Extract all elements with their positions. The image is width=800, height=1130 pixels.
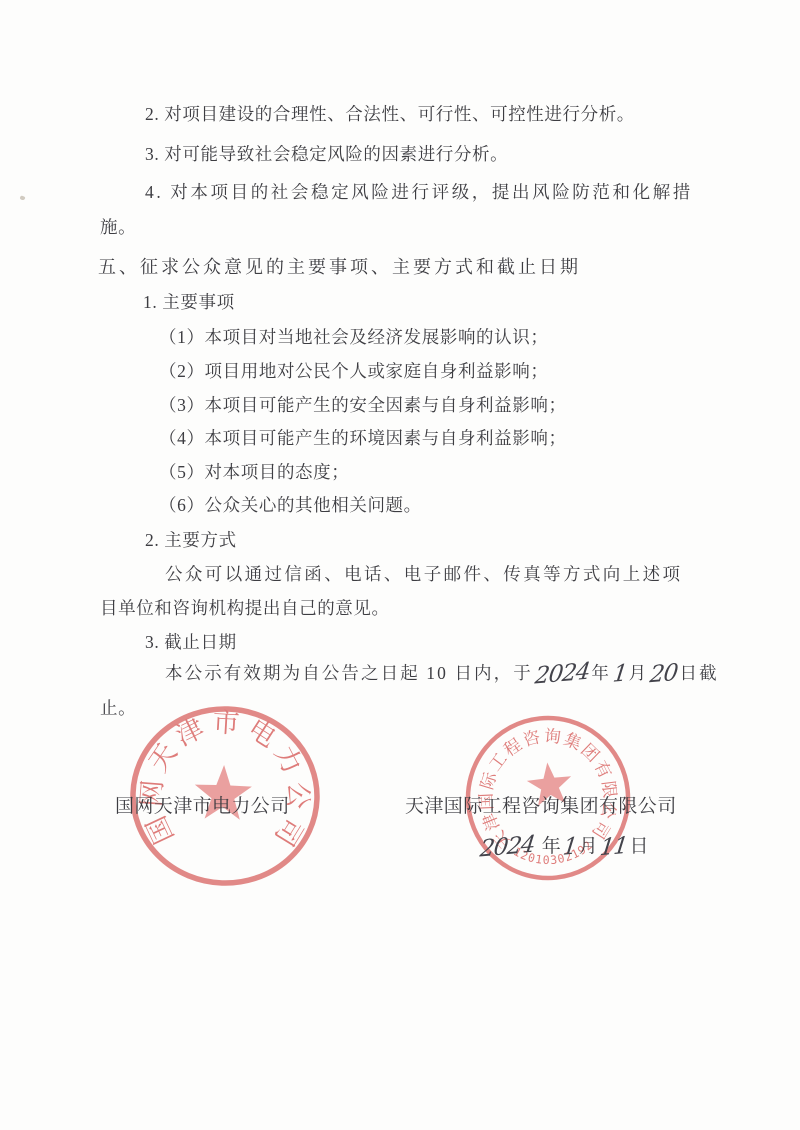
scan-speck [19,195,25,201]
way-line-1: 公众可以通过信函、电话、电子邮件、传真等方式向上述项 [165,561,682,586]
deadline-wrap: 止。 [100,695,136,720]
matter-item-1: （1）本项目对当地社会及经济发展影响的认识； [159,324,548,349]
signature-right-company: 天津国际工程咨询集团有限公司 [405,791,677,818]
handwritten-month: 1 [611,660,628,688]
matter-item-4: （4）本项目可能产生的环境因素与自身利益影响； [159,425,567,450]
sign-day-char: 日 [629,836,648,857]
sign-year-char: 年 [542,836,561,857]
matter-item-3: （3）本项目可能产生的安全因素与自身利益影响； [159,392,567,417]
deadline-line: 本公示有效期为自公告之日起 10 日内，于2024年1月20日截 [165,660,719,687]
signature-left-company: 国网天津市电力公司 [115,791,290,818]
subheading-3: 3. 截止日期 [145,629,237,654]
deadline-suffix: 日截 [680,663,719,683]
subheading-1: 1. 主要事项 [143,289,235,314]
matter-item-2: （2）项目用地对公民个人或家庭自身利益影响； [159,358,548,383]
body-line-item4a: 4. 对本项目的社会稳定风险进行评级，提出风险防范和化解措 [145,179,693,204]
month-char: 月 [629,663,649,683]
deadline-prefix: 本公示有效期为自公告之日起 10 日内，于 [165,663,533,683]
body-line-item4b: 施。 [100,214,136,239]
subheading-2: 2. 主要方式 [145,527,237,552]
scanned-document-page: 2. 对项目建设的合理性、合法性、可行性、可控性进行分析。 3. 对可能导致社会… [0,0,800,1130]
svg-text:国网天津市电力公司: 国网天津市电力公司 [134,705,316,857]
sign-month-char: 月 [579,836,598,857]
year-char: 年 [591,663,611,683]
section-heading-5: 五、征求公众意见的主要事项、主要方式和截止日期 [98,253,581,279]
way-line-2: 目单位和咨询机构提出自己的意见。 [100,595,390,620]
handwritten-sign-year: 2024 [478,831,536,862]
matter-item-5: （5）对本项目的态度； [159,459,349,484]
signature-date-line: 2024 年1月11日 [478,831,649,860]
handwritten-sign-month: 1 [562,833,579,861]
seal-left-arc-text: 国网天津市电力公司 [134,705,316,857]
handwritten-sign-day: 11 [599,833,629,862]
handwritten-year: 2024 [533,658,591,689]
body-line-item3: 3. 对可能导致社会稳定风险的因素进行分析。 [145,141,508,166]
body-line-item2: 2. 对项目建设的合理性、合法性、可行性、可控性进行分析。 [145,101,635,126]
matter-item-6: （6）公众关心的其他相关问题。 [159,492,422,517]
handwritten-day: 20 [649,660,679,689]
